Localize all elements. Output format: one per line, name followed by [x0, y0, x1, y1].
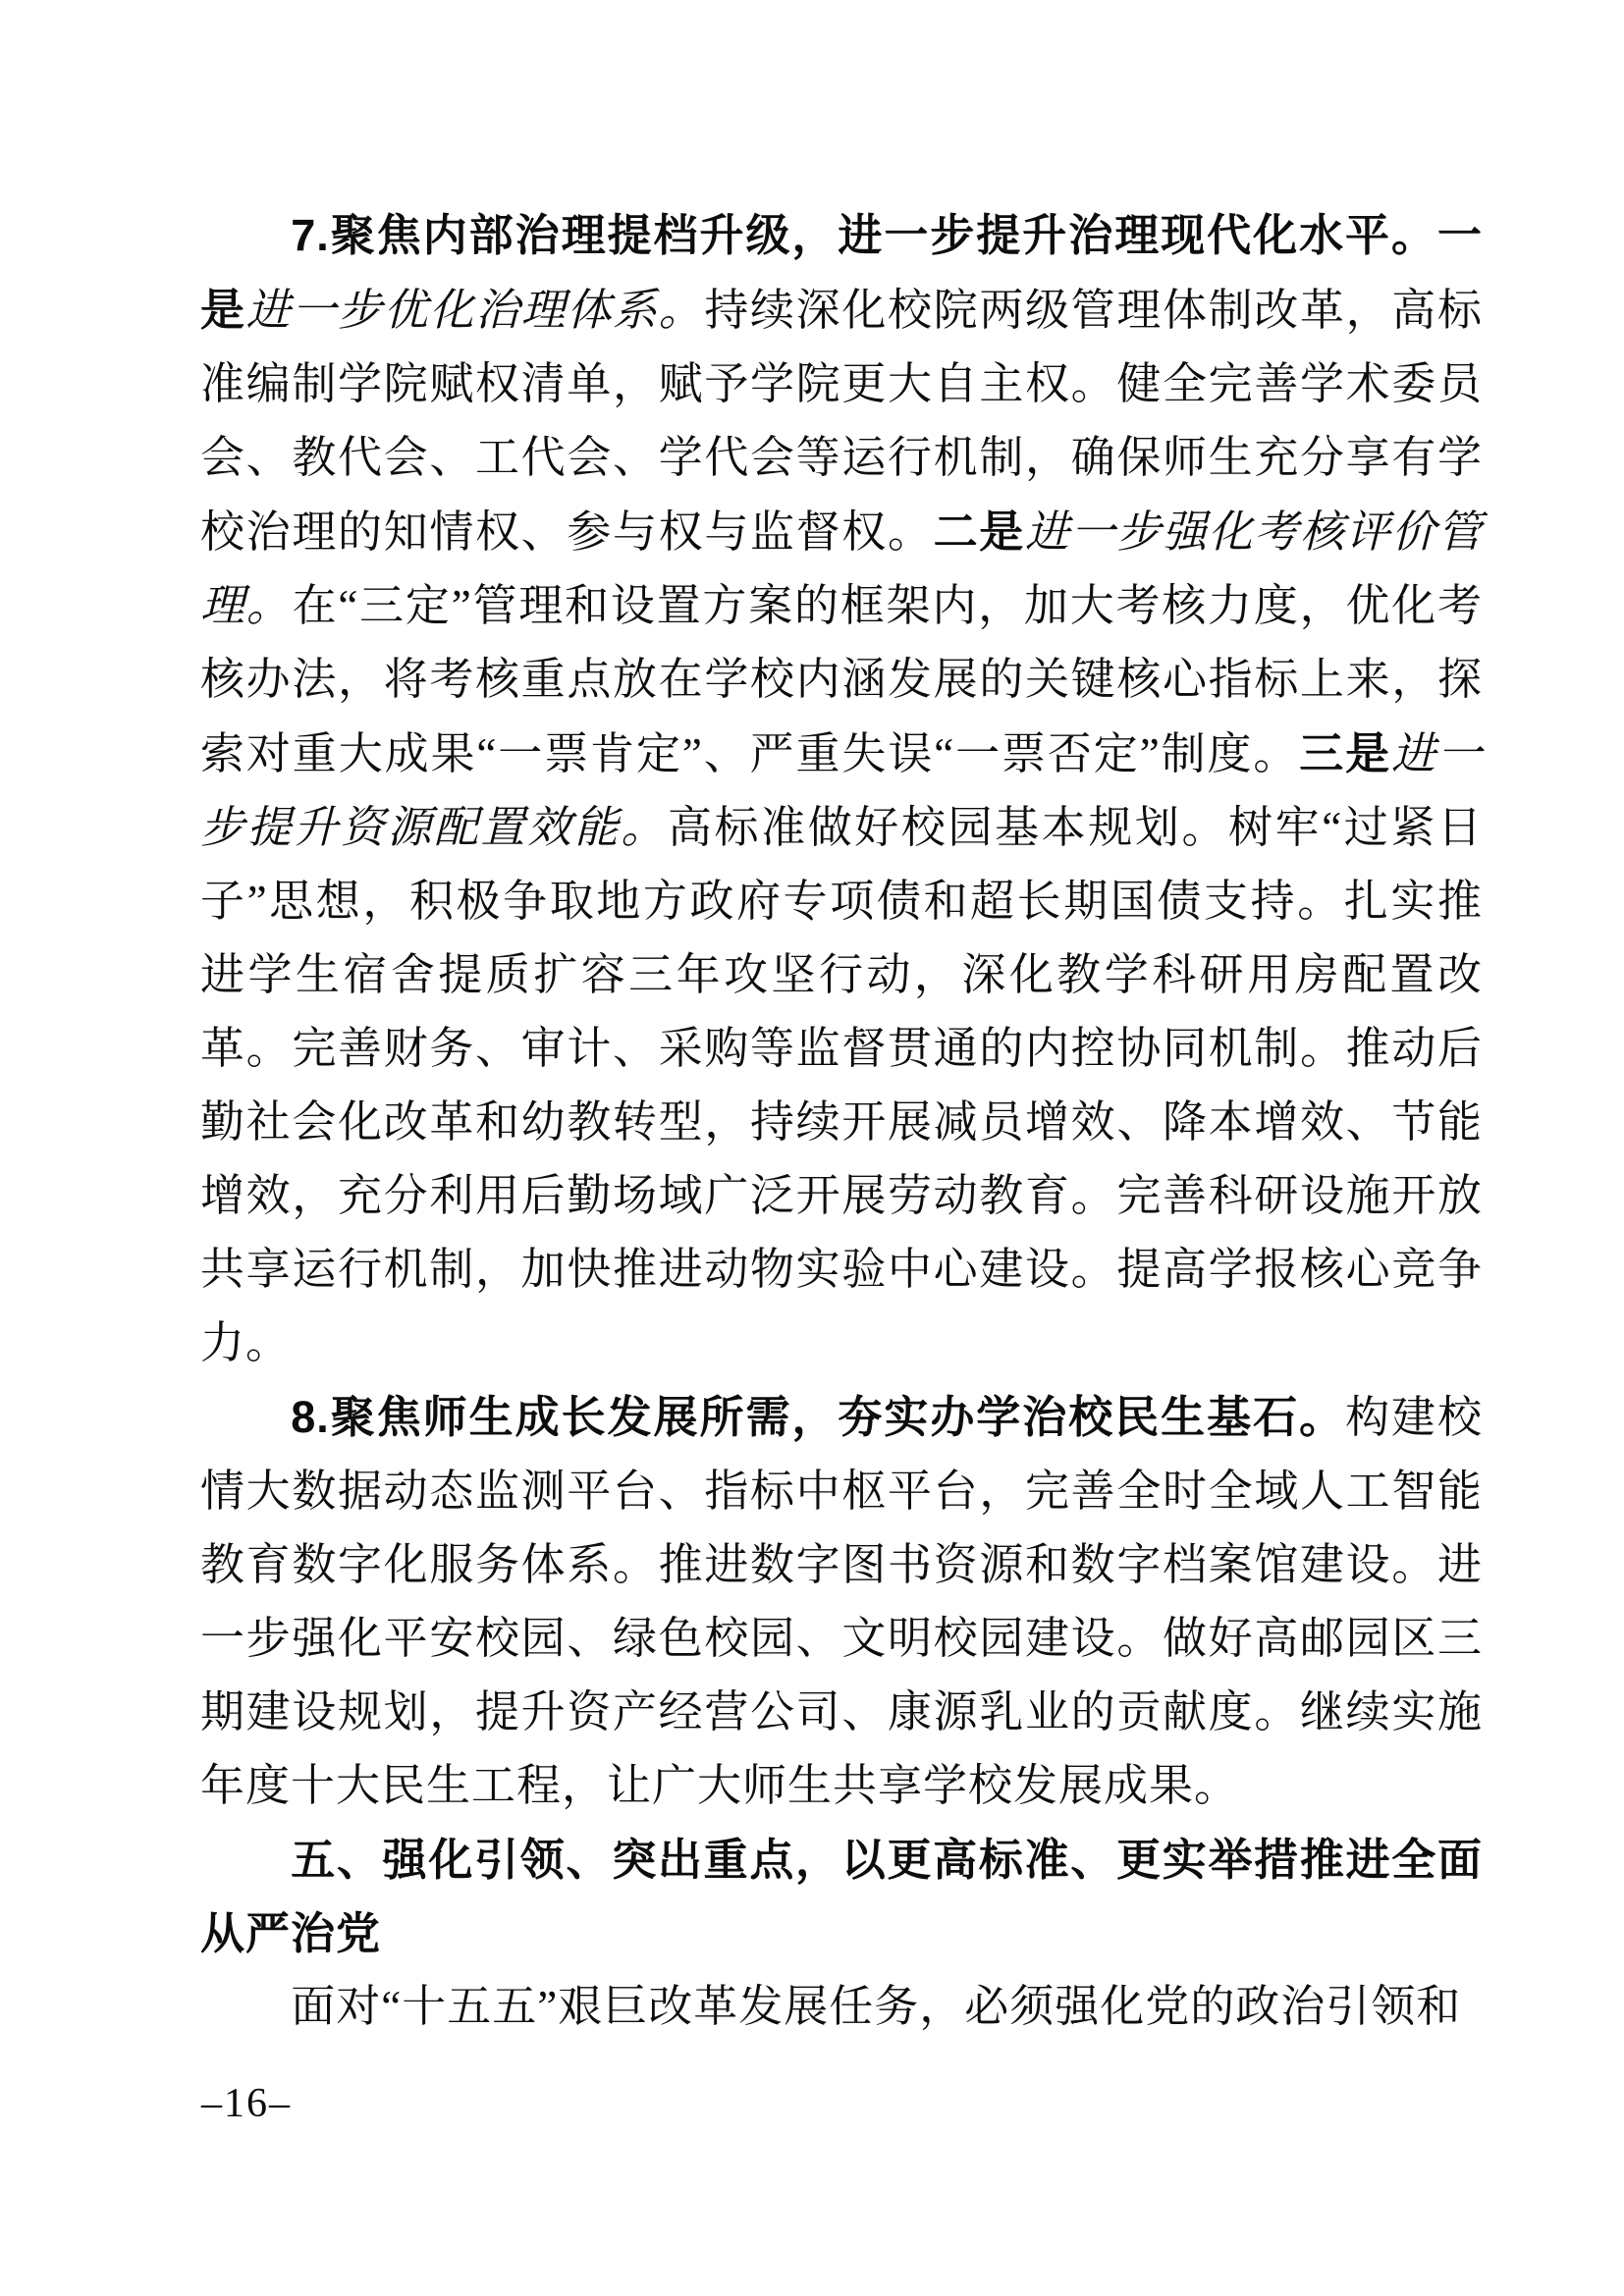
- text-segment-bold: 三是: [1299, 728, 1391, 778]
- text-segment-normal: 在“三定”管理和设置方案的框架内，加大考核力度，优化考核办法，将考核重点放在学校…: [200, 581, 1483, 778]
- page-number: –16–: [201, 2079, 292, 2128]
- paragraph-2: 8.聚焦师生成长发展所需，夯实办学治校民生基石。构建校情大数据动态监测平台、指标…: [200, 1380, 1483, 1823]
- section-heading: 五、强化引领、突出重点，以更高标准、更实举措推进全面从严治党: [200, 1823, 1483, 1970]
- paragraph-4: 面对“十五五”艰巨改革发展任务，必须强化党的政治引领和: [200, 1970, 1483, 2044]
- text-segment-bold: 二是: [934, 507, 1025, 557]
- text-segment-normal: 构建校情大数据动态监测平台、指标中枢平台，完善全时全域人工智能教育数字化服务体系…: [200, 1393, 1483, 1810]
- text-segment-normal: 面对“十五五”艰巨改革发展任务，必须强化党的政治引领和: [291, 1982, 1461, 2031]
- paragraph-1: 7.聚焦内部治理提档升级，进一步提升治理现代化水平。一是进一步优化治理体系。持续…: [200, 198, 1483, 1380]
- text-segment-bold: 7.聚焦内部治理提档升级，进一步提升治理现代化水平。: [291, 210, 1437, 260]
- text-segment-bold: 8.聚焦师生成长发展所需，夯实办学治校民生基石。: [291, 1392, 1345, 1442]
- text-block: 7.聚焦内部治理提档升级，进一步提升治理现代化水平。一是进一步优化治理体系。持续…: [200, 198, 1483, 2044]
- text-segment-kai: 进一步优化治理体系。: [246, 286, 705, 335]
- document-page: 7.聚焦内部治理提档升级，进一步提升治理现代化水平。一是进一步优化治理体系。持续…: [0, 0, 1624, 2296]
- text-segment-bold: 五、强化引领、突出重点，以更高标准、更实举措推进全面从严治党: [200, 1835, 1483, 1958]
- text-segment-normal: 高标准做好校园基本规划。树牢“过紧日子”思想，积极争取地方政府专项债和超长期国债…: [200, 803, 1483, 1367]
